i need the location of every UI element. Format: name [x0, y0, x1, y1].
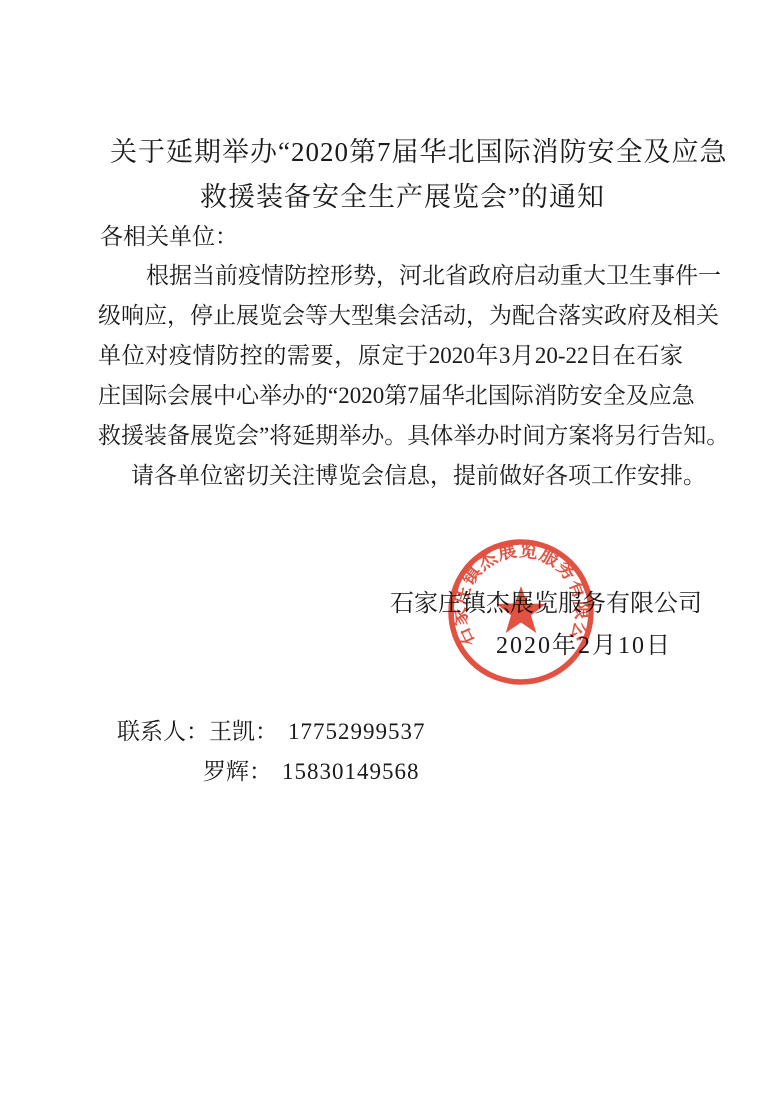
notice-body: 根据当前疫情防控形势，河北省政府启动重大卫生事件一 级响应，停止展览会等大型集会… — [98, 256, 683, 496]
contact-row: 罗辉：15830149568 — [117, 752, 426, 792]
contact-row: 联系人：王凯：17752999537 — [117, 712, 426, 752]
contact-colon: ： — [249, 759, 272, 784]
body-line: 救援装备展览会”将延期举办。具体举办时间方案将另行告知。 — [98, 416, 683, 456]
notice-document-page: 关于延期举办“2020第7届华北国际消防安全及应急 救援装备安全生产展览会”的通… — [0, 0, 780, 1103]
salutation: 各相关单位： — [100, 224, 238, 249]
signature-company-name: 石家庄镇杰展览服务有限公司 — [390, 592, 702, 616]
notice-title-line-1: 关于延期举办“2020第7届华北国际消防安全及应急 — [110, 130, 695, 175]
body-line: 级响应，停止展览会等大型集会活动，为配合落实政府及相关 — [98, 296, 683, 336]
contact-phone: 17752999537 — [288, 719, 426, 744]
body-line: 单位对疫情防控的需要，原定于2020年3月20-22日在石家 — [98, 336, 683, 376]
signature-date: 2020年2月10日 — [496, 634, 672, 658]
contacts-label: 联系人： — [117, 719, 209, 744]
body-line: 庄国际会展中心举办的“2020第7届华北国际消防安全及应急 — [98, 376, 683, 416]
contact-name: 王凯 — [209, 719, 255, 744]
contact-colon: ： — [255, 719, 278, 744]
notice-title-line-2: 救援装备安全生产展览会”的通知 — [110, 175, 695, 220]
notice-title: 关于延期举办“2020第7届华北国际消防安全及应急 救援装备安全生产展览会”的通… — [110, 130, 695, 220]
contacts-block: 联系人：王凯：17752999537 罗辉：15830149568 — [117, 712, 426, 792]
contact-name: 罗辉 — [203, 759, 249, 784]
body-line: 请各单位密切关注博览会信息，提前做好各项工作安排。 — [98, 456, 683, 496]
contact-phone: 15830149568 — [282, 759, 420, 784]
body-line: 根据当前疫情防控形势，河北省政府启动重大卫生事件一 — [98, 256, 683, 296]
